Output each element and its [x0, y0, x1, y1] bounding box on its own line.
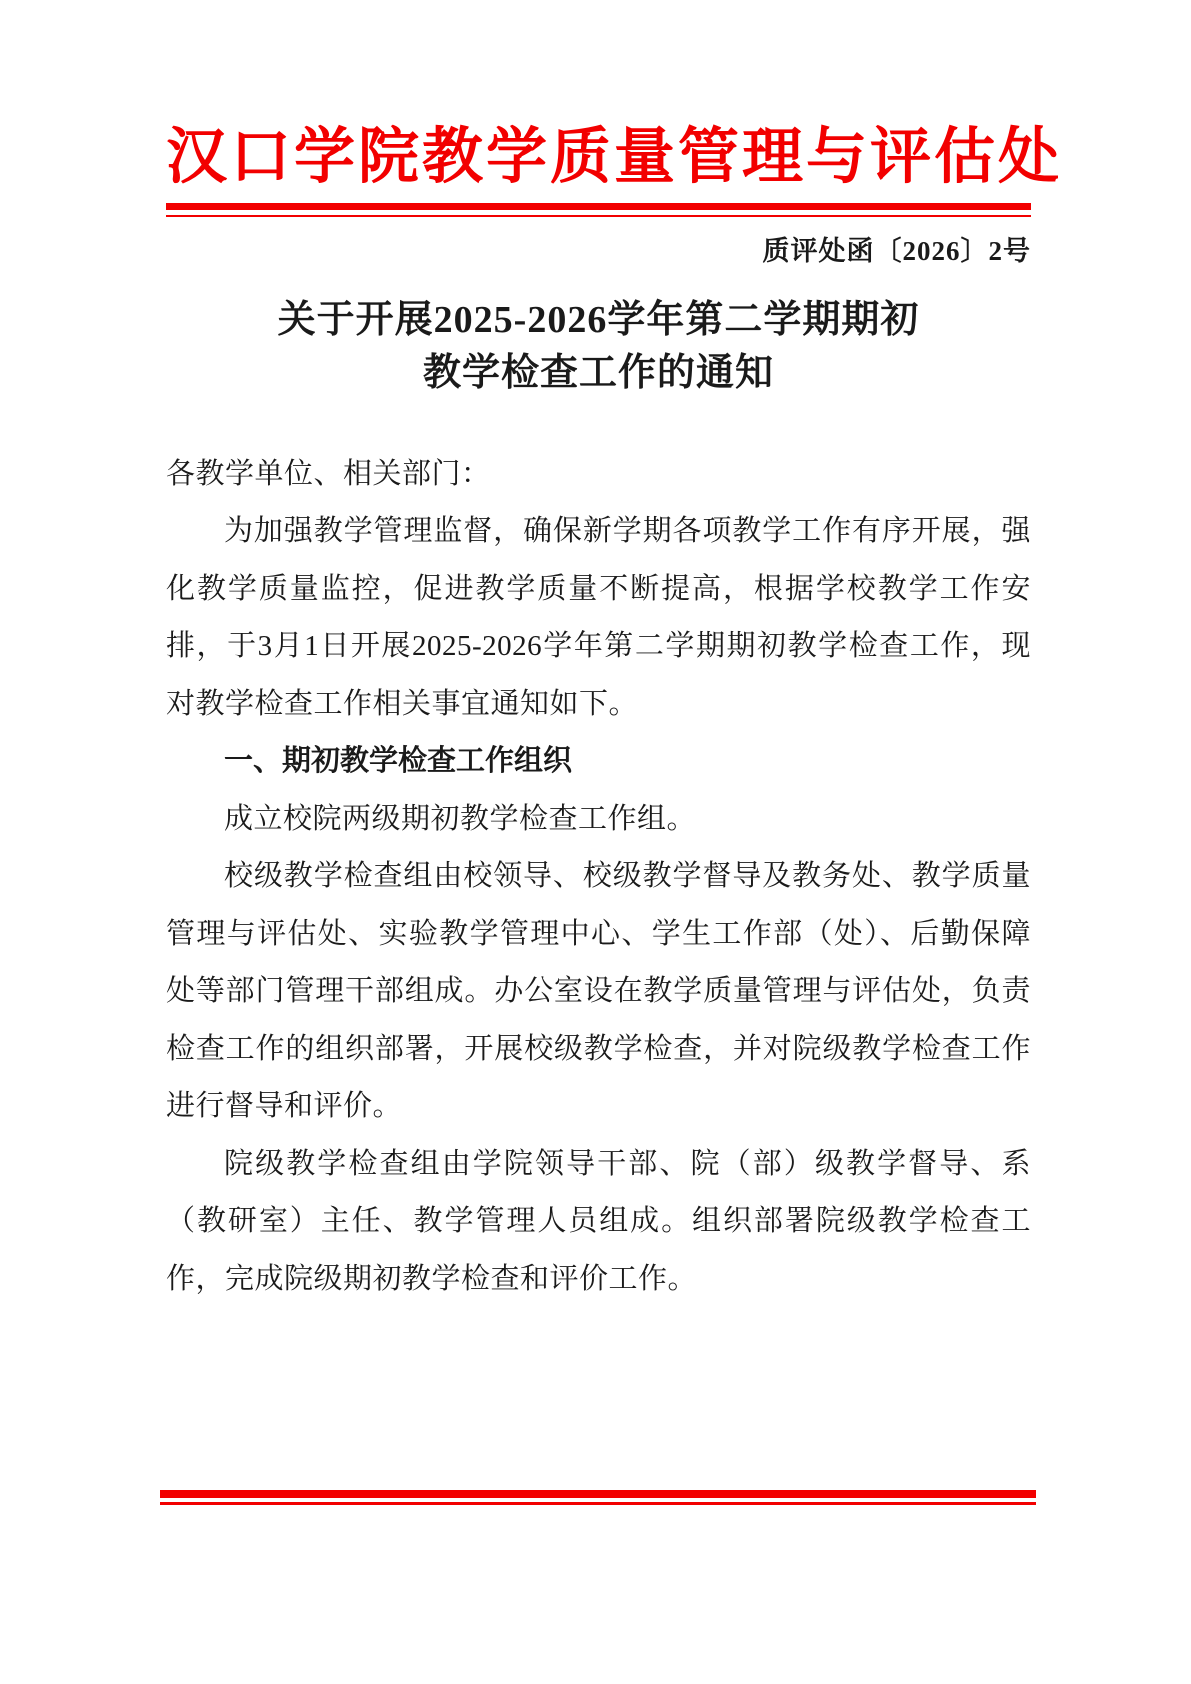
- intro-paragraph: 为加强教学管理监督，确保新学期各项教学工作有序开展，强化教学质量监控，促进教学质…: [166, 503, 1031, 733]
- document-body: 各教学单位、相关部门： 为加强教学管理监督，确保新学期各项教学工作有序开展，强化…: [166, 446, 1031, 1309]
- section-1-paragraph-1: 成立校院两级期初教学检查工作组。: [166, 791, 1031, 849]
- section-1-paragraph-3: 院级教学检查组由学院领导干部、院（部）级教学督导、系（教研室）主任、教学管理人员…: [166, 1136, 1031, 1309]
- salutation: 各教学单位、相关部门：: [166, 446, 1031, 504]
- header-rule-thin: [166, 215, 1031, 217]
- section-1-paragraph-2: 校级教学检查组由校领导、校级教学督导及教务处、教学质量管理与评估处、实验教学管理…: [166, 848, 1031, 1136]
- letterhead: 汉口学院教学质量管理与评估处 质评处函〔2026〕2号: [166, 0, 1031, 268]
- document-page: 汉口学院教学质量管理与评估处 质评处函〔2026〕2号 关于开展2025-202…: [0, 0, 1191, 1684]
- document-title-line-1: 关于开展2025-2026学年第二学期期初: [278, 299, 920, 341]
- document-number: 质评处函〔2026〕2号: [166, 229, 1031, 268]
- document-title: 关于开展2025-2026学年第二学期期初 教学检查工作的通知: [166, 294, 1031, 400]
- section-1-heading: 一、期初教学检查工作组织: [166, 733, 1031, 791]
- footer-rule-thin: [160, 1502, 1036, 1505]
- footer-rule-thick: [160, 1490, 1036, 1498]
- document-title-line-2: 教学检查工作的通知: [423, 352, 774, 394]
- agency-name: 汉口学院教学质量管理与评估处: [166, 0, 1031, 194]
- header-rule-thick: [166, 203, 1031, 210]
